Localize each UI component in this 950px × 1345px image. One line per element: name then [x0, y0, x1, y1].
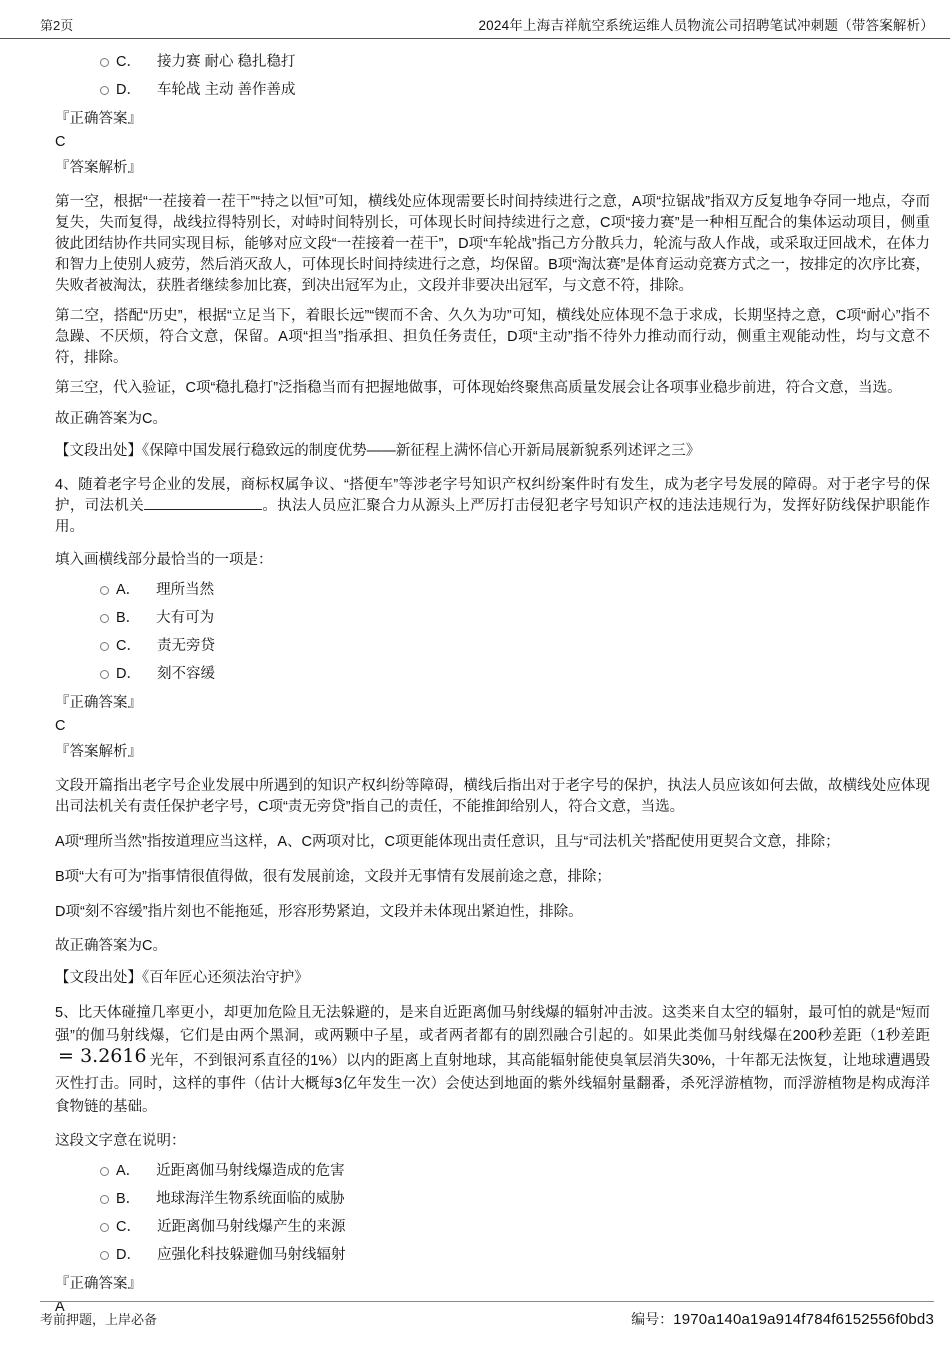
conclusion-text: 故正确答案为C。	[55, 936, 930, 957]
radio-button[interactable]	[100, 1195, 109, 1204]
fill-in-blank-line	[144, 498, 262, 510]
correct-answer-value: C	[55, 132, 930, 153]
analysis-paragraph: D项“刻不容缓”指片刻也不能拖延，形容形势紧迫，文段并未体现出紧迫性，排除。	[55, 902, 930, 923]
radio-button[interactable]	[100, 86, 109, 95]
option-letter: B．	[116, 1189, 140, 1210]
option-row-c[interactable]: C． 近距离伽马射线爆产生的来源	[100, 1218, 930, 1237]
question4-stem: 4、随着老字号企业的发展，商标权属争议、“搭便车”等涉老字号知识产权纠纷案件时有…	[55, 475, 930, 538]
option-text: 大有可为	[156, 608, 214, 629]
option-letter: C．	[116, 636, 141, 657]
option-text: 接力赛 耐心 稳扎稳打	[157, 52, 296, 73]
option-text: 责无旁贷	[157, 636, 215, 657]
page-content: C． 接力赛 耐心 稳扎稳打 D． 车轮战 主动 善作善成 『正确答案』 C 『…	[0, 39, 950, 1318]
analysis-paragraph: 第二空，搭配“历史”，根据“立足当下，着眼长远”“锲而不舍、久久为功”可知，横线…	[55, 306, 930, 369]
analysis-paragraph: A项“理所当然”指按道理应当这样，A、C两项对比，C项更能体现出责任意识，且与“…	[55, 832, 930, 853]
correct-answer-label: 『正确答案』	[55, 693, 930, 714]
document-title: 2024年上海吉祥航空系统运维人员物流公司招聘笔试冲刺题（带答案解析）	[478, 14, 934, 34]
serial-code: 1970a140a19a914f784f6152556f0bd3	[673, 1311, 934, 1328]
stem-text-after-formula: 光年，不到银河系直径的1%）以内的距离上直射地球，其高能辐射能使臭氧层消失30%…	[55, 1053, 930, 1115]
option-row-b[interactable]: B． 地球海洋生物系统面临的威胁	[100, 1190, 930, 1209]
page-header: 第2页 2024年上海吉祥航空系统运维人员物流公司招聘笔试冲刺题（带答案解析）	[0, 0, 950, 39]
option-row-d[interactable]: D． 应强化科技躲避伽马射线辐射	[100, 1246, 930, 1265]
radio-button[interactable]	[100, 586, 109, 595]
radio-button[interactable]	[100, 1167, 109, 1176]
option-text: 地球海洋生物系统面临的威胁	[156, 1189, 345, 1210]
question4-options: A． 理所当然 B． 大有可为 C． 责无旁贷 D． 刻不容缓	[55, 581, 930, 684]
document-page: { "header": { "page": "第2页", "title": "2…	[0, 0, 950, 1345]
option-letter: C．	[116, 52, 141, 73]
radio-button[interactable]	[100, 670, 109, 679]
page-number: 第2页	[40, 15, 73, 34]
question5-options: A． 近距离伽马射线爆造成的危害 B． 地球海洋生物系统面临的威胁 C． 近距离…	[55, 1162, 930, 1265]
option-row-c[interactable]: C． 责无旁贷	[100, 637, 930, 656]
radio-button[interactable]	[100, 1223, 109, 1232]
radio-button[interactable]	[100, 1251, 109, 1260]
analysis-paragraph: B项“大有可为”指事情很值得做，很有发展前途，文段并无事情有发展前途之意，排除；	[55, 867, 930, 888]
option-letter: B．	[116, 608, 140, 629]
analysis-paragraph: 文段开篇指出老字号企业发展中所遇到的知识产权纠纷等障碍，横线后指出对于老字号的保…	[55, 776, 930, 818]
option-row-c[interactable]: C． 接力赛 耐心 稳扎稳打	[100, 53, 930, 72]
option-letter: A．	[116, 580, 140, 601]
option-letter: C．	[116, 1217, 141, 1238]
radio-button[interactable]	[100, 642, 109, 651]
option-text: 近距离伽马射线爆产生的来源	[157, 1217, 346, 1238]
analysis-label: 『答案解析』	[55, 742, 930, 763]
question5-prompt: 这段文字意在说明：	[55, 1131, 930, 1152]
option-row-a[interactable]: A． 理所当然	[100, 581, 930, 600]
option-letter: D．	[116, 80, 141, 101]
correct-answer-label: 『正确答案』	[55, 109, 930, 130]
page-footer: 考前押题，上岸必备 编号：1970a140a19a914f784f6152556…	[40, 1301, 934, 1345]
option-letter: D．	[116, 1245, 141, 1266]
question3-options: C． 接力赛 耐心 稳扎稳打 D． 车轮战 主动 善作善成	[55, 53, 930, 100]
question5-stem: 5、比天体碰撞几率更小，却更加危险且无法躲避的，是来自近距离伽马射线爆的辐射冲击…	[55, 1002, 930, 1119]
radio-button[interactable]	[100, 614, 109, 623]
option-letter: A．	[116, 1161, 140, 1182]
inline-formula: = 3.2616	[55, 1045, 150, 1067]
footer-slogan: 考前押题，上岸必备	[40, 1309, 157, 1328]
option-row-d[interactable]: D． 刻不容缓	[100, 665, 930, 684]
serial-label: 编号：	[631, 1311, 673, 1327]
option-text: 刻不容缓	[157, 664, 215, 685]
analysis-paragraph: 第一空，根据“一茬接着一茬干”“持之以恒”可知，横线处应体现需要长时间持续进行之…	[55, 192, 930, 297]
correct-answer-value: C	[55, 716, 930, 737]
conclusion-text: 故正确答案为C。	[55, 409, 930, 430]
footer-serial: 编号：1970a140a19a914f784f6152556f0bd3	[631, 1309, 934, 1329]
analysis-paragraph: 第三空，代入验证，C项“稳扎稳打”泛指稳当而有把握地做事，可体现始终聚焦高质量发…	[55, 378, 930, 399]
source-citation: 【文段出处】《保障中国发展行稳致远的制度优势——新征程上满怀信心开新局展新貌系列…	[55, 441, 930, 462]
option-row-d[interactable]: D． 车轮战 主动 善作善成	[100, 81, 930, 100]
option-text: 近距离伽马射线爆造成的危害	[156, 1161, 345, 1182]
correct-answer-label: 『正确答案』	[55, 1274, 930, 1295]
option-row-a[interactable]: A． 近距离伽马射线爆造成的危害	[100, 1162, 930, 1181]
option-text: 理所当然	[156, 580, 214, 601]
question4-prompt: 填入画横线部分最恰当的一项是：	[55, 550, 930, 571]
option-text: 车轮战 主动 善作善成	[157, 80, 296, 101]
option-row-b[interactable]: B． 大有可为	[100, 609, 930, 628]
source-citation: 【文段出处】《百年匠心还须法治守护》	[55, 968, 930, 989]
stem-text-before-formula: 5、比天体碰撞几率更小，却更加危险且无法躲避的，是来自近距离伽马射线爆的辐射冲击…	[55, 1005, 930, 1044]
option-letter: D．	[116, 664, 141, 685]
radio-button[interactable]	[100, 58, 109, 67]
option-text: 应强化科技躲避伽马射线辐射	[157, 1245, 346, 1266]
analysis-label: 『答案解析』	[55, 158, 930, 179]
